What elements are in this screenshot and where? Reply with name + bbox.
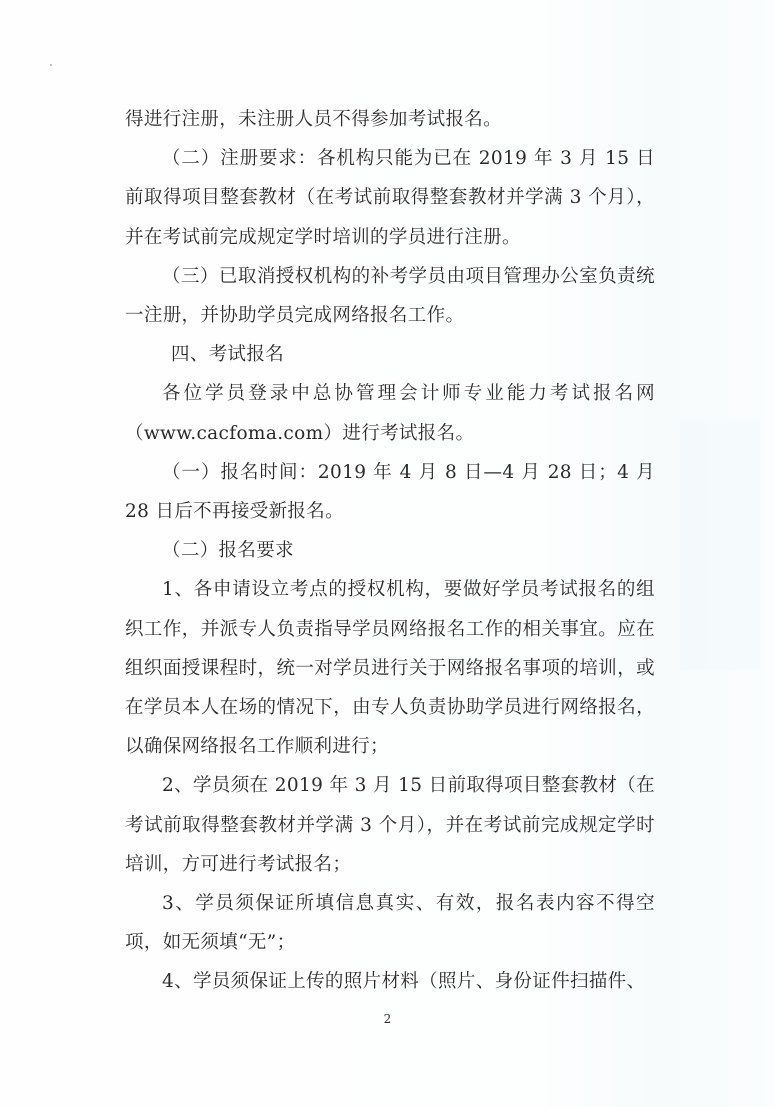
scan-speck xyxy=(50,64,52,66)
requirement-item-1: 1、各申请设立考点的授权机构，要做好学员考试报名的组织工作，并派专人负责指导学员… xyxy=(125,570,655,766)
login-site-paragraph: 各位学员登录中总协管理会计师专业能力考试报名网（www.cacfoma.com）… xyxy=(125,374,655,452)
scan-bleed-through xyxy=(680,420,760,670)
requirement-item-3: 3、学员须保证所填信息真实、有效，报名表内容不得空项，如无须填“无”； xyxy=(125,884,655,962)
continuation-paragraph: 得进行注册，未注册人员不得参加考试报名。 xyxy=(125,100,655,139)
subheading-registration-requirements: （二）报名要求 xyxy=(125,531,655,570)
registration-requirements-paragraph: （二）注册要求：各机构只能为已在 2019 年 3 月 15 日前取得项目整套教… xyxy=(125,139,655,257)
section-heading-exam-registration: 四、考试报名 xyxy=(125,335,655,374)
requirement-item-2: 2、学员须在 2019 年 3 月 15 日前取得项目整套教材（在考试前取得整套… xyxy=(125,766,655,884)
revoked-institutions-paragraph: （三）已取消授权机构的补考学员由项目管理办公室负责统一注册，并协助学员完成网络报… xyxy=(125,257,655,335)
registration-time-paragraph: （一）报名时间：2019 年 4 月 8 日—4 月 28 日；4 月 28 日… xyxy=(125,453,655,531)
document-body: 得进行注册，未注册人员不得参加考试报名。 （二）注册要求：各机构只能为已在 20… xyxy=(125,100,655,1002)
page-number: 2 xyxy=(0,1012,775,1026)
document-page: 得进行注册，未注册人员不得参加考试报名。 （二）注册要求：各机构只能为已在 20… xyxy=(0,0,775,1107)
requirement-item-4: 4、学员须保证上传的照片材料（照片、身份证件扫描件、 xyxy=(125,962,655,1001)
